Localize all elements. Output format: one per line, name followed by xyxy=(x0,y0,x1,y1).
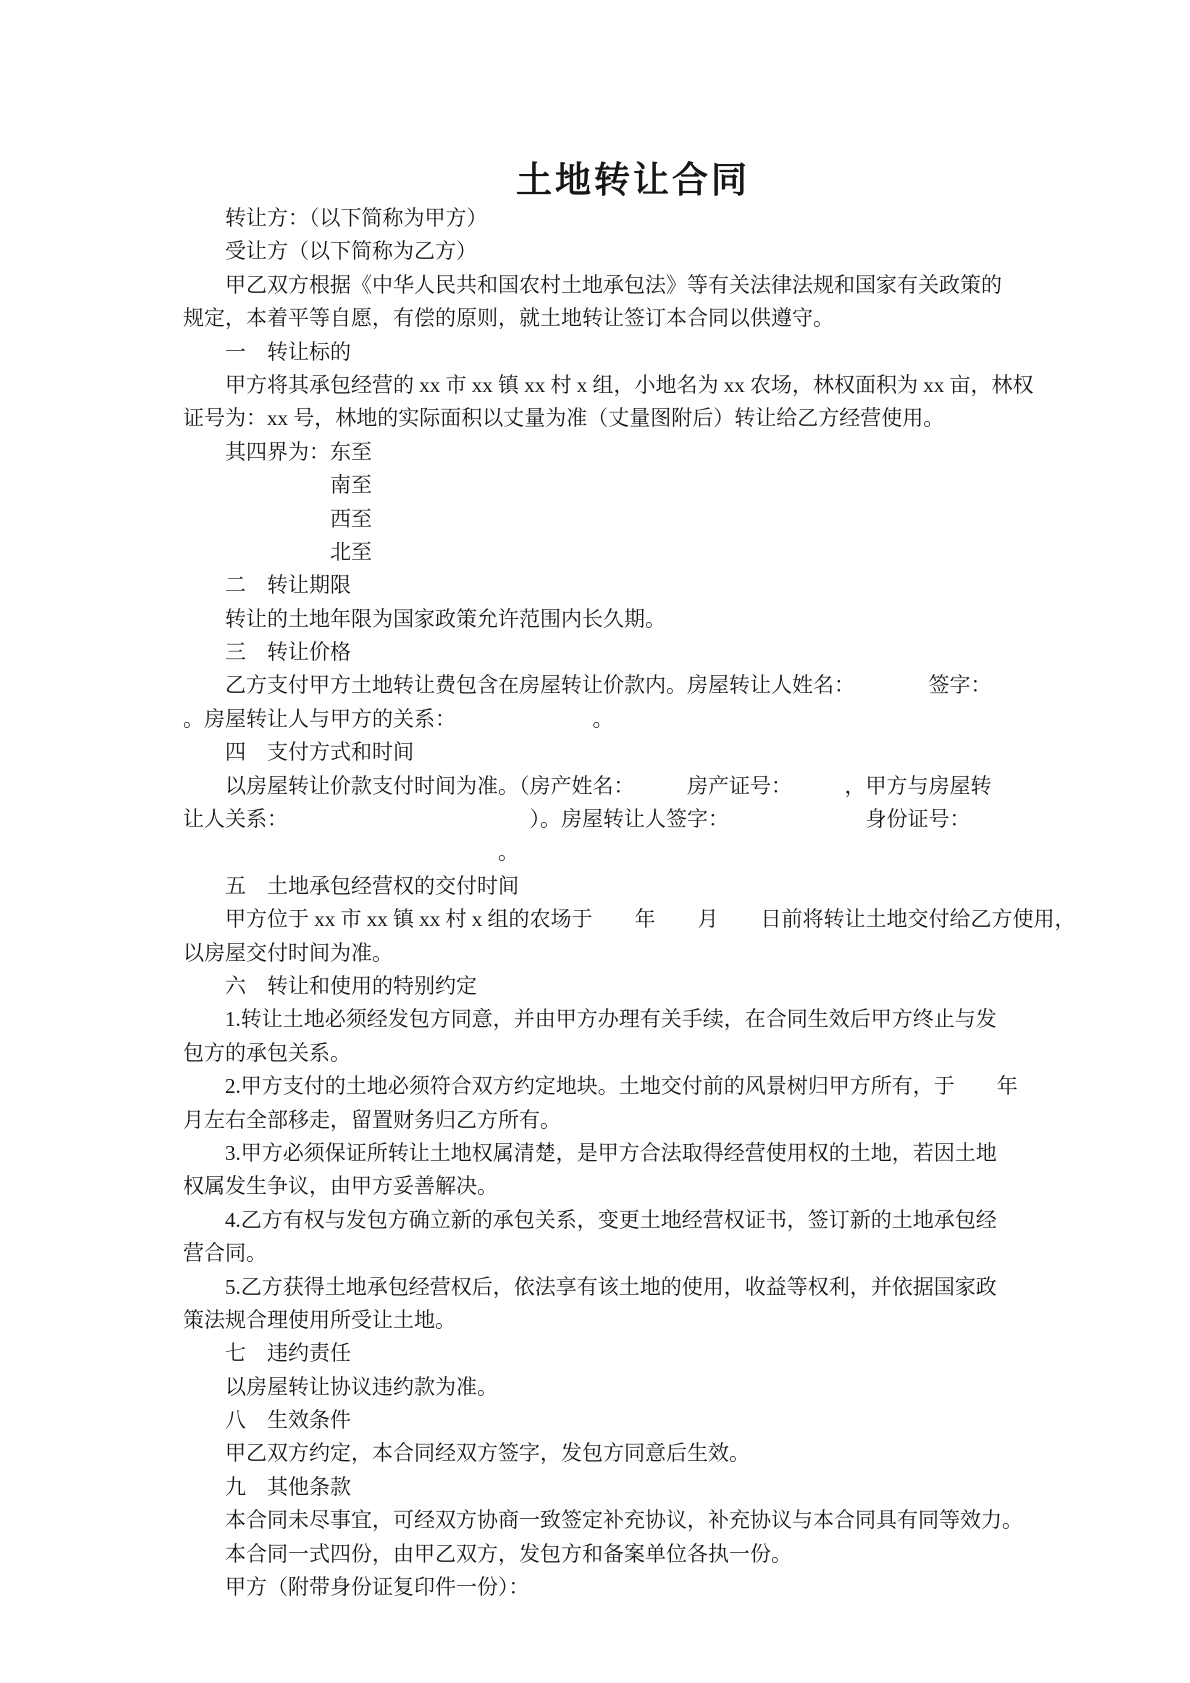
document-line: 甲乙双方约定，本合同经双方签字，发包方同意后生效。 xyxy=(183,1437,1123,1470)
document-line: 规定，本着平等自愿，有偿的原则，就土地转让签订本合同以供遵守。 xyxy=(183,302,1123,335)
document-body: 转让方：（以下简称为甲方） 受让方（以下简称为乙方） 甲乙双方根据《中华人民共和… xyxy=(183,202,1123,1604)
document-line: 甲方（附带身份证复印件一份）： xyxy=(183,1571,1123,1604)
document-line: 转让方：（以下简称为甲方） xyxy=(183,202,1123,235)
document-title: 土地转让合同 xyxy=(183,158,1047,202)
document-line: 转让的土地年限为国家政策允许范围内长久期。 xyxy=(183,603,1123,636)
document-line: 本合同一式四份，由甲乙双方，发包方和备案单位各执一份。 xyxy=(183,1538,1123,1571)
document-line: 本合同未尽事宜，可经双方协商一致签定补充协议，补充协议与本合同具有同等效力。 xyxy=(183,1504,1123,1537)
document-line: 乙方支付甲方土地转让费包含在房屋转让价款内。房屋转让人姓名： 签字： xyxy=(183,669,1123,702)
document-line: 甲方位于 xx 市 xx 镇 xx 村 x 组的农场于 年 月 日前将转让土地交… xyxy=(183,903,1123,936)
document-line: 西至 xyxy=(183,503,1123,536)
document-line: 让人关系： ）。房屋转让人签字： 身份证号： xyxy=(183,803,1123,836)
document-line: 证号为：xx 号，林地的实际面积以丈量为准（丈量图附后）转让给乙方经营使用。 xyxy=(183,402,1123,435)
document-line: 3.甲方必须保证所转让土地权属清楚，是甲方合法取得经营使用权的土地，若因土地 xyxy=(183,1137,1123,1170)
document-line: 七 违约责任 xyxy=(183,1337,1123,1370)
document-line: 以房屋转让协议违约款为准。 xyxy=(183,1371,1123,1404)
document-line: 三 转让价格 xyxy=(183,636,1123,669)
document-line: 以房屋交付时间为准。 xyxy=(183,937,1123,970)
document-line: 1.转让土地必须经发包方同意，并由甲方办理有关手续，在合同生效后甲方终止与发 xyxy=(183,1003,1123,1036)
document-line: 。房屋转让人与甲方的关系： 。 xyxy=(183,703,1123,736)
document-line: 五 土地承包经营权的交付时间 xyxy=(183,870,1123,903)
document-line: 包方的承包关系。 xyxy=(183,1037,1123,1070)
document-line: 。 xyxy=(183,836,1123,869)
document-line: 甲乙双方根据《中华人民共和国农村土地承包法》等有关法律法规和国家有关政策的 xyxy=(183,269,1123,302)
document-line: 4.乙方有权与发包方确立新的承包关系，变更土地经营权证书，签订新的土地承包经 xyxy=(183,1204,1123,1237)
document-line: 策法规合理使用所受让土地。 xyxy=(183,1304,1123,1337)
document-line: 月左右全部移走，留置财务归乙方所有。 xyxy=(183,1104,1123,1137)
document-line: 北至 xyxy=(183,536,1123,569)
document-line: 一 转让标的 xyxy=(183,336,1123,369)
document-line: 四 支付方式和时间 xyxy=(183,736,1123,769)
document-line: 甲方将其承包经营的 xx 市 xx 镇 xx 村 x 组，小地名为 xx 农场，… xyxy=(183,369,1123,402)
document-line: 受让方（以下简称为乙方） xyxy=(183,235,1123,268)
document-line: 权属发生争议，由甲方妥善解决。 xyxy=(183,1170,1123,1203)
document-line: 以房屋转让价款支付时间为准。（房产姓名： 房产证号： ，甲方与房屋转 xyxy=(183,770,1123,803)
document-page: 土地转让合同 转让方：（以下简称为甲方） 受让方（以下简称为乙方） 甲乙双方根据… xyxy=(0,0,1190,1683)
document-line: 南至 xyxy=(183,469,1123,502)
document-line: 2.甲方支付的土地必须符合双方约定地块。土地交付前的风景树归甲方所有，于 年 xyxy=(183,1070,1123,1103)
document-line: 其四界为：东至 xyxy=(183,436,1123,469)
document-line: 5.乙方获得土地承包经营权后，依法享有该土地的使用，收益等权利，并依据国家政 xyxy=(183,1271,1123,1304)
document-line: 九 其他条款 xyxy=(183,1471,1123,1504)
document-line: 八 生效条件 xyxy=(183,1404,1123,1437)
document-line: 二 转让期限 xyxy=(183,569,1123,602)
document-line: 六 转让和使用的特别约定 xyxy=(183,970,1123,1003)
document-line: 营合同。 xyxy=(183,1237,1123,1270)
